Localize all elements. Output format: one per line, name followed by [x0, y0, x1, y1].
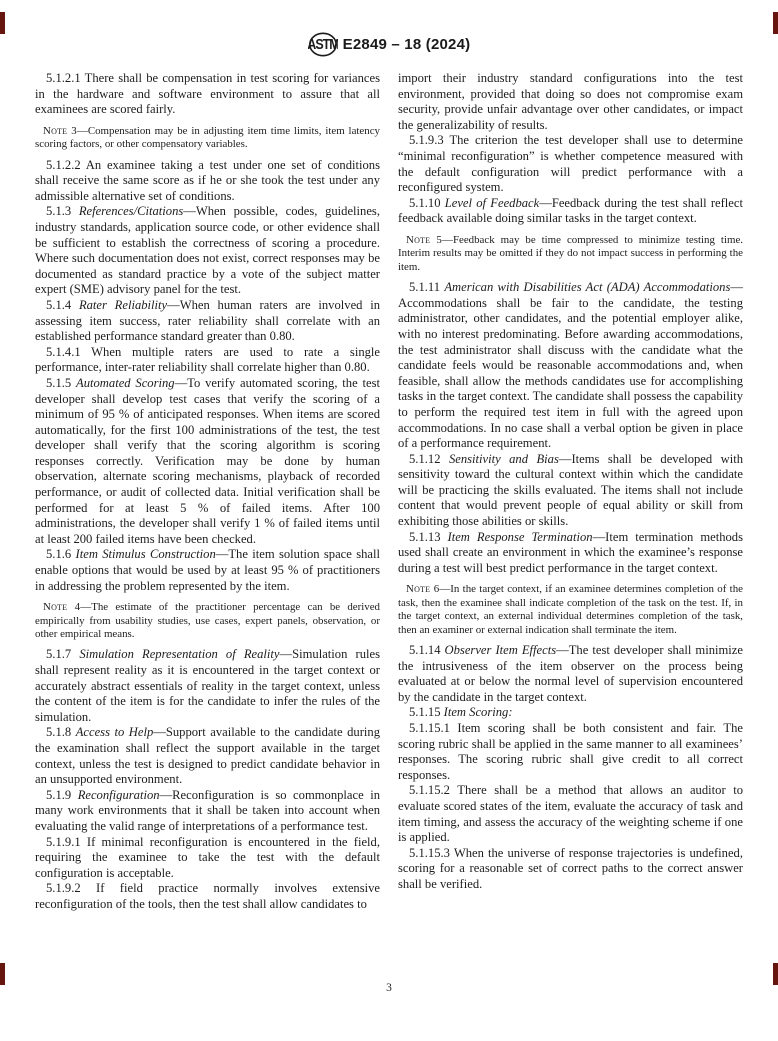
clause-number: 5.1.5 — [46, 376, 71, 390]
clause-paragraph: 5.1.7 Simulation Representation of Reali… — [35, 647, 380, 725]
note-paragraph: Note 5—Feedback may be time compressed t… — [398, 234, 743, 274]
clause-number: 5.1.4.1 — [46, 345, 81, 359]
note-paragraph: Note 6—In the target context, if an exam… — [398, 583, 743, 637]
clause-paragraph: 5.1.9 Reconfiguration—Reconfiguration is… — [35, 788, 380, 835]
clause-term: Access to Help — [76, 725, 154, 739]
clause-paragraph: 5.1.15 Item Scoring: — [398, 705, 743, 721]
clause-number: 5.1.12 — [409, 452, 440, 466]
page-header: ASTM E2849 – 18 (2024) — [0, 0, 778, 58]
clause-number: 5.1.9.3 — [409, 133, 444, 147]
clause-paragraph: 5.1.9.1 If minimal reconfiguration is en… — [35, 835, 380, 882]
clause-term: Item Response Termination — [448, 530, 593, 544]
clause-number: 5.1.13 — [409, 530, 440, 544]
clause-number: 5.1.9.1 — [46, 835, 81, 849]
page-number: 3 — [0, 982, 778, 994]
note-label: Note 5 — [406, 234, 442, 246]
clause-number: 5.1.7 — [46, 647, 71, 661]
clause-number: 5.1.15 — [409, 705, 440, 719]
clause-paragraph: 5.1.9.2 If field practice normally invol… — [35, 881, 380, 912]
right-column: import their industry standard configura… — [398, 71, 743, 913]
clause-term: Automated Scoring — [76, 376, 175, 390]
note-label: Note 3 — [43, 125, 77, 137]
note-label: Note 6 — [406, 583, 439, 595]
clause-number: 5.1.9 — [46, 788, 71, 802]
clause-paragraph: 5.1.15.1 Item scoring shall be both cons… — [398, 721, 743, 783]
clause-number: 5.1.10 — [409, 196, 440, 210]
clause-number: 5.1.14 — [409, 643, 440, 657]
clause-paragraph: 5.1.15.3 When the universe of response t… — [398, 846, 743, 893]
clause-paragraph: 5.1.2.1 There shall be compensation in t… — [35, 71, 380, 118]
clause-number: 5.1.2.2 — [46, 158, 81, 172]
clause-number: 5.1.6 — [46, 547, 71, 561]
clause-number: 5.1.4 — [46, 298, 71, 312]
clause-number: 5.1.11 — [409, 280, 440, 294]
svg-text:ASTM: ASTM — [308, 36, 338, 52]
clause-paragraph: 5.1.6 Item Stimulus Construction—The ite… — [35, 547, 380, 594]
continuation-paragraph: import their industry standard configura… — [398, 71, 743, 133]
clause-paragraph: 5.1.3 References/Citations—When possible… — [35, 204, 380, 298]
clause-term: References/Citations — [79, 204, 183, 218]
clause-number: 5.1.15.1 — [409, 721, 450, 735]
clause-paragraph: 5.1.14 Observer Item Effects—The test de… — [398, 643, 743, 705]
two-column-body: 5.1.2.1 There shall be compensation in t… — [0, 58, 778, 913]
clause-number: 5.1.9.2 — [46, 881, 81, 895]
left-column: 5.1.2.1 There shall be compensation in t… — [35, 71, 380, 913]
clause-term: Sensitivity and Bias — [449, 452, 559, 466]
clause-number: 5.1.8 — [46, 725, 71, 739]
clause-term: Level of Feedback — [445, 196, 540, 210]
clause-paragraph: 5.1.5 Automated Scoring—To verify automa… — [35, 376, 380, 548]
clause-number: 5.1.3 — [46, 204, 71, 218]
astm-logo: ASTM — [308, 31, 338, 58]
standard-designation: E2849 – 18 (2024) — [343, 36, 471, 53]
clause-paragraph: 5.1.4 Rater Reliability—When human rater… — [35, 298, 380, 345]
clause-term: Observer Item Effects — [445, 643, 557, 657]
clause-paragraph: 5.1.9.3 The criterion the test developer… — [398, 133, 743, 195]
clause-term: Item Stimulus Construction — [76, 547, 216, 561]
scan-edge-mark — [0, 12, 5, 34]
clause-term: Reconfiguration — [78, 788, 160, 802]
note-label: Note 4 — [43, 601, 80, 613]
clause-term: Simulation Representation of Reality — [79, 647, 279, 661]
clause-paragraph: 5.1.2.2 An examinee taking a test under … — [35, 158, 380, 205]
clause-paragraph: 5.1.13 Item Response Termination—Item te… — [398, 530, 743, 577]
clause-term: Item Scoring: — [444, 705, 513, 719]
clause-term: American with Disabilities Act (ADA) Acc… — [444, 280, 730, 294]
clause-number: 5.1.15.2 — [409, 783, 450, 797]
clause-number: 5.1.15.3 — [409, 846, 450, 860]
clause-paragraph: 5.1.15.2 There shall be a method that al… — [398, 783, 743, 845]
clause-paragraph: 5.1.8 Access to Help—Support available t… — [35, 725, 380, 787]
clause-paragraph: 5.1.4.1 When multiple raters are used to… — [35, 345, 380, 376]
clause-number: 5.1.2.1 — [46, 71, 81, 85]
note-paragraph: Note 3—Compensation may be in adjusting … — [35, 125, 380, 152]
clause-paragraph: 5.1.10 Level of Feedback—Feedback during… — [398, 196, 743, 227]
clause-paragraph: 5.1.12 Sensitivity and Bias—Items shall … — [398, 452, 743, 530]
note-paragraph: Note 4—The estimate of the practitioner … — [35, 601, 380, 641]
clause-paragraph: 5.1.11 American with Disabilities Act (A… — [398, 280, 743, 452]
clause-term: Rater Reliability — [79, 298, 167, 312]
document-page: ASTM E2849 – 18 (2024) 5.1.2.1 There sha… — [0, 0, 778, 1041]
scan-edge-mark — [773, 12, 778, 34]
